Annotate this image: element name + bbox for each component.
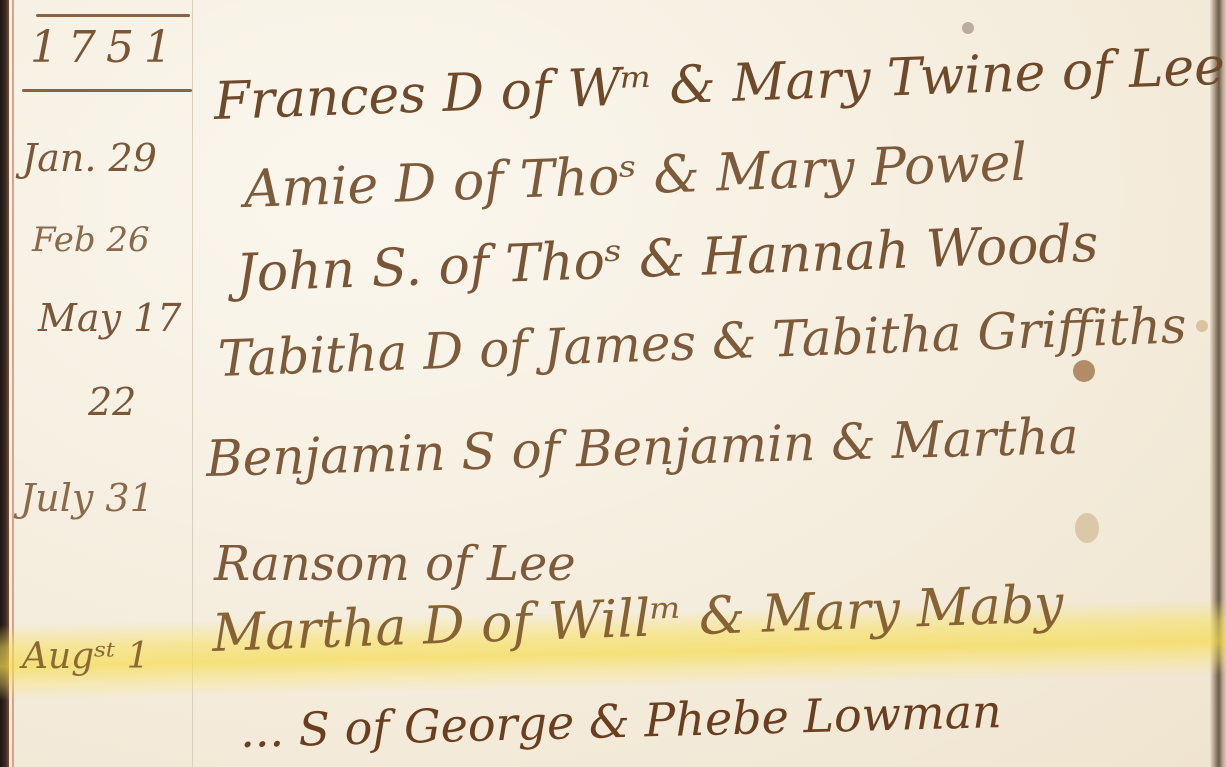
year-rule-top (36, 14, 190, 17)
ink-stain (1073, 360, 1095, 382)
entry-text: John S. of Thoˢ & Hannah Woods (235, 214, 1099, 304)
entry-date: July 31 (20, 476, 154, 520)
entry-text: Amie D of Thoˢ & Mary Powel (243, 133, 1028, 220)
entry-text-continuation: Ransom of Lee (214, 536, 576, 592)
register-page: 1751 Jan. 29 Frances D of Wᵐ & Mary Twin… (0, 0, 1226, 767)
year-rule-bottom (22, 89, 192, 92)
ink-stain (1196, 320, 1208, 332)
year-heading: 1751 (30, 22, 180, 73)
ink-stain (1075, 513, 1099, 543)
entry-date: 22 (88, 380, 136, 424)
entry-text: ... S of George & Phebe Lowman (239, 684, 1002, 758)
entry-date: Augˢᵗ 1 (22, 636, 150, 677)
entry-date: Feb 26 (32, 220, 150, 260)
entry-text: Frances D of Wᵐ & Mary Twine of Lee (213, 37, 1226, 132)
entry-text: Tabitha D of James & Tabitha Griffiths (217, 296, 1187, 388)
entry-date: Jan. 29 (22, 136, 157, 180)
entry-date: May 17 (38, 296, 181, 340)
entry-text: Benjamin S of Benjamin & Martha (205, 407, 1079, 488)
ink-stain (962, 22, 974, 34)
